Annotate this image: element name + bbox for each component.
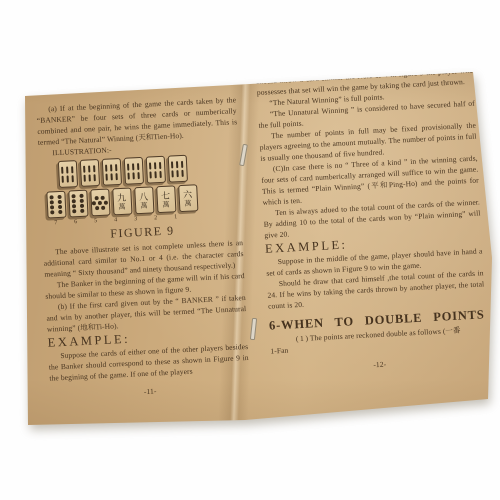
bamboo-tile [123,157,143,185]
bamboo-tile [79,159,99,187]
bamboo-tile [57,160,77,188]
left-page: (a) If at the beginning of the game the … [36,94,250,401]
circles-tile [46,191,66,219]
page-number: -12- [271,353,488,375]
mahjong-tiles-figure: 九 萬 八 萬 七 萬 六 萬 [43,152,242,229]
staple-icon [250,318,257,340]
character-tile: 七 萬 [156,185,176,213]
character-tile: 八 萬 [134,186,154,214]
booklet-shadow: (a) If at the beginning of the game the … [0,0,500,500]
open-booklet: (a) If at the beginning of the game the … [20,68,495,430]
booklet-photo: (a) If at the beginning of the game the … [0,0,500,500]
circles-tile [90,189,110,217]
right-page: should throw a card similar the No.1 or … [256,65,488,376]
character-tile: 九 萬 [112,187,132,215]
bamboo-tile [145,156,165,184]
bamboo-tile [167,155,187,183]
character-tile: 六 萬 [178,184,198,212]
circles-tile [68,190,88,218]
bamboo-tile [101,158,121,186]
